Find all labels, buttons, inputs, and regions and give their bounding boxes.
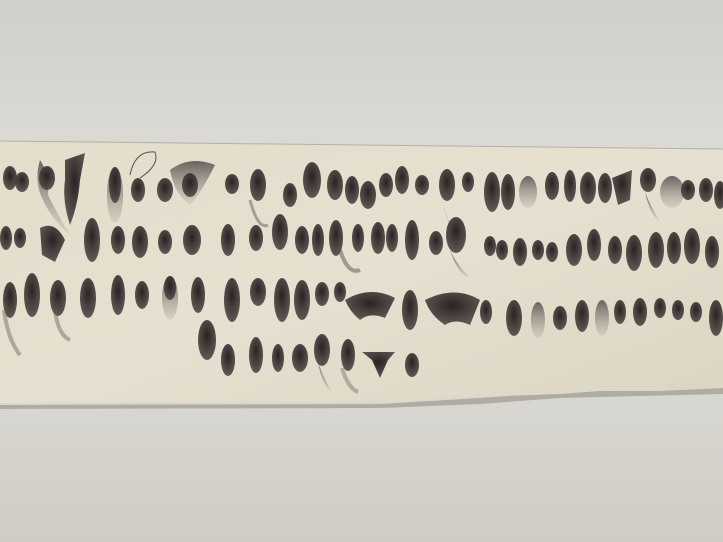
scroll-artwork bbox=[0, 0, 723, 542]
